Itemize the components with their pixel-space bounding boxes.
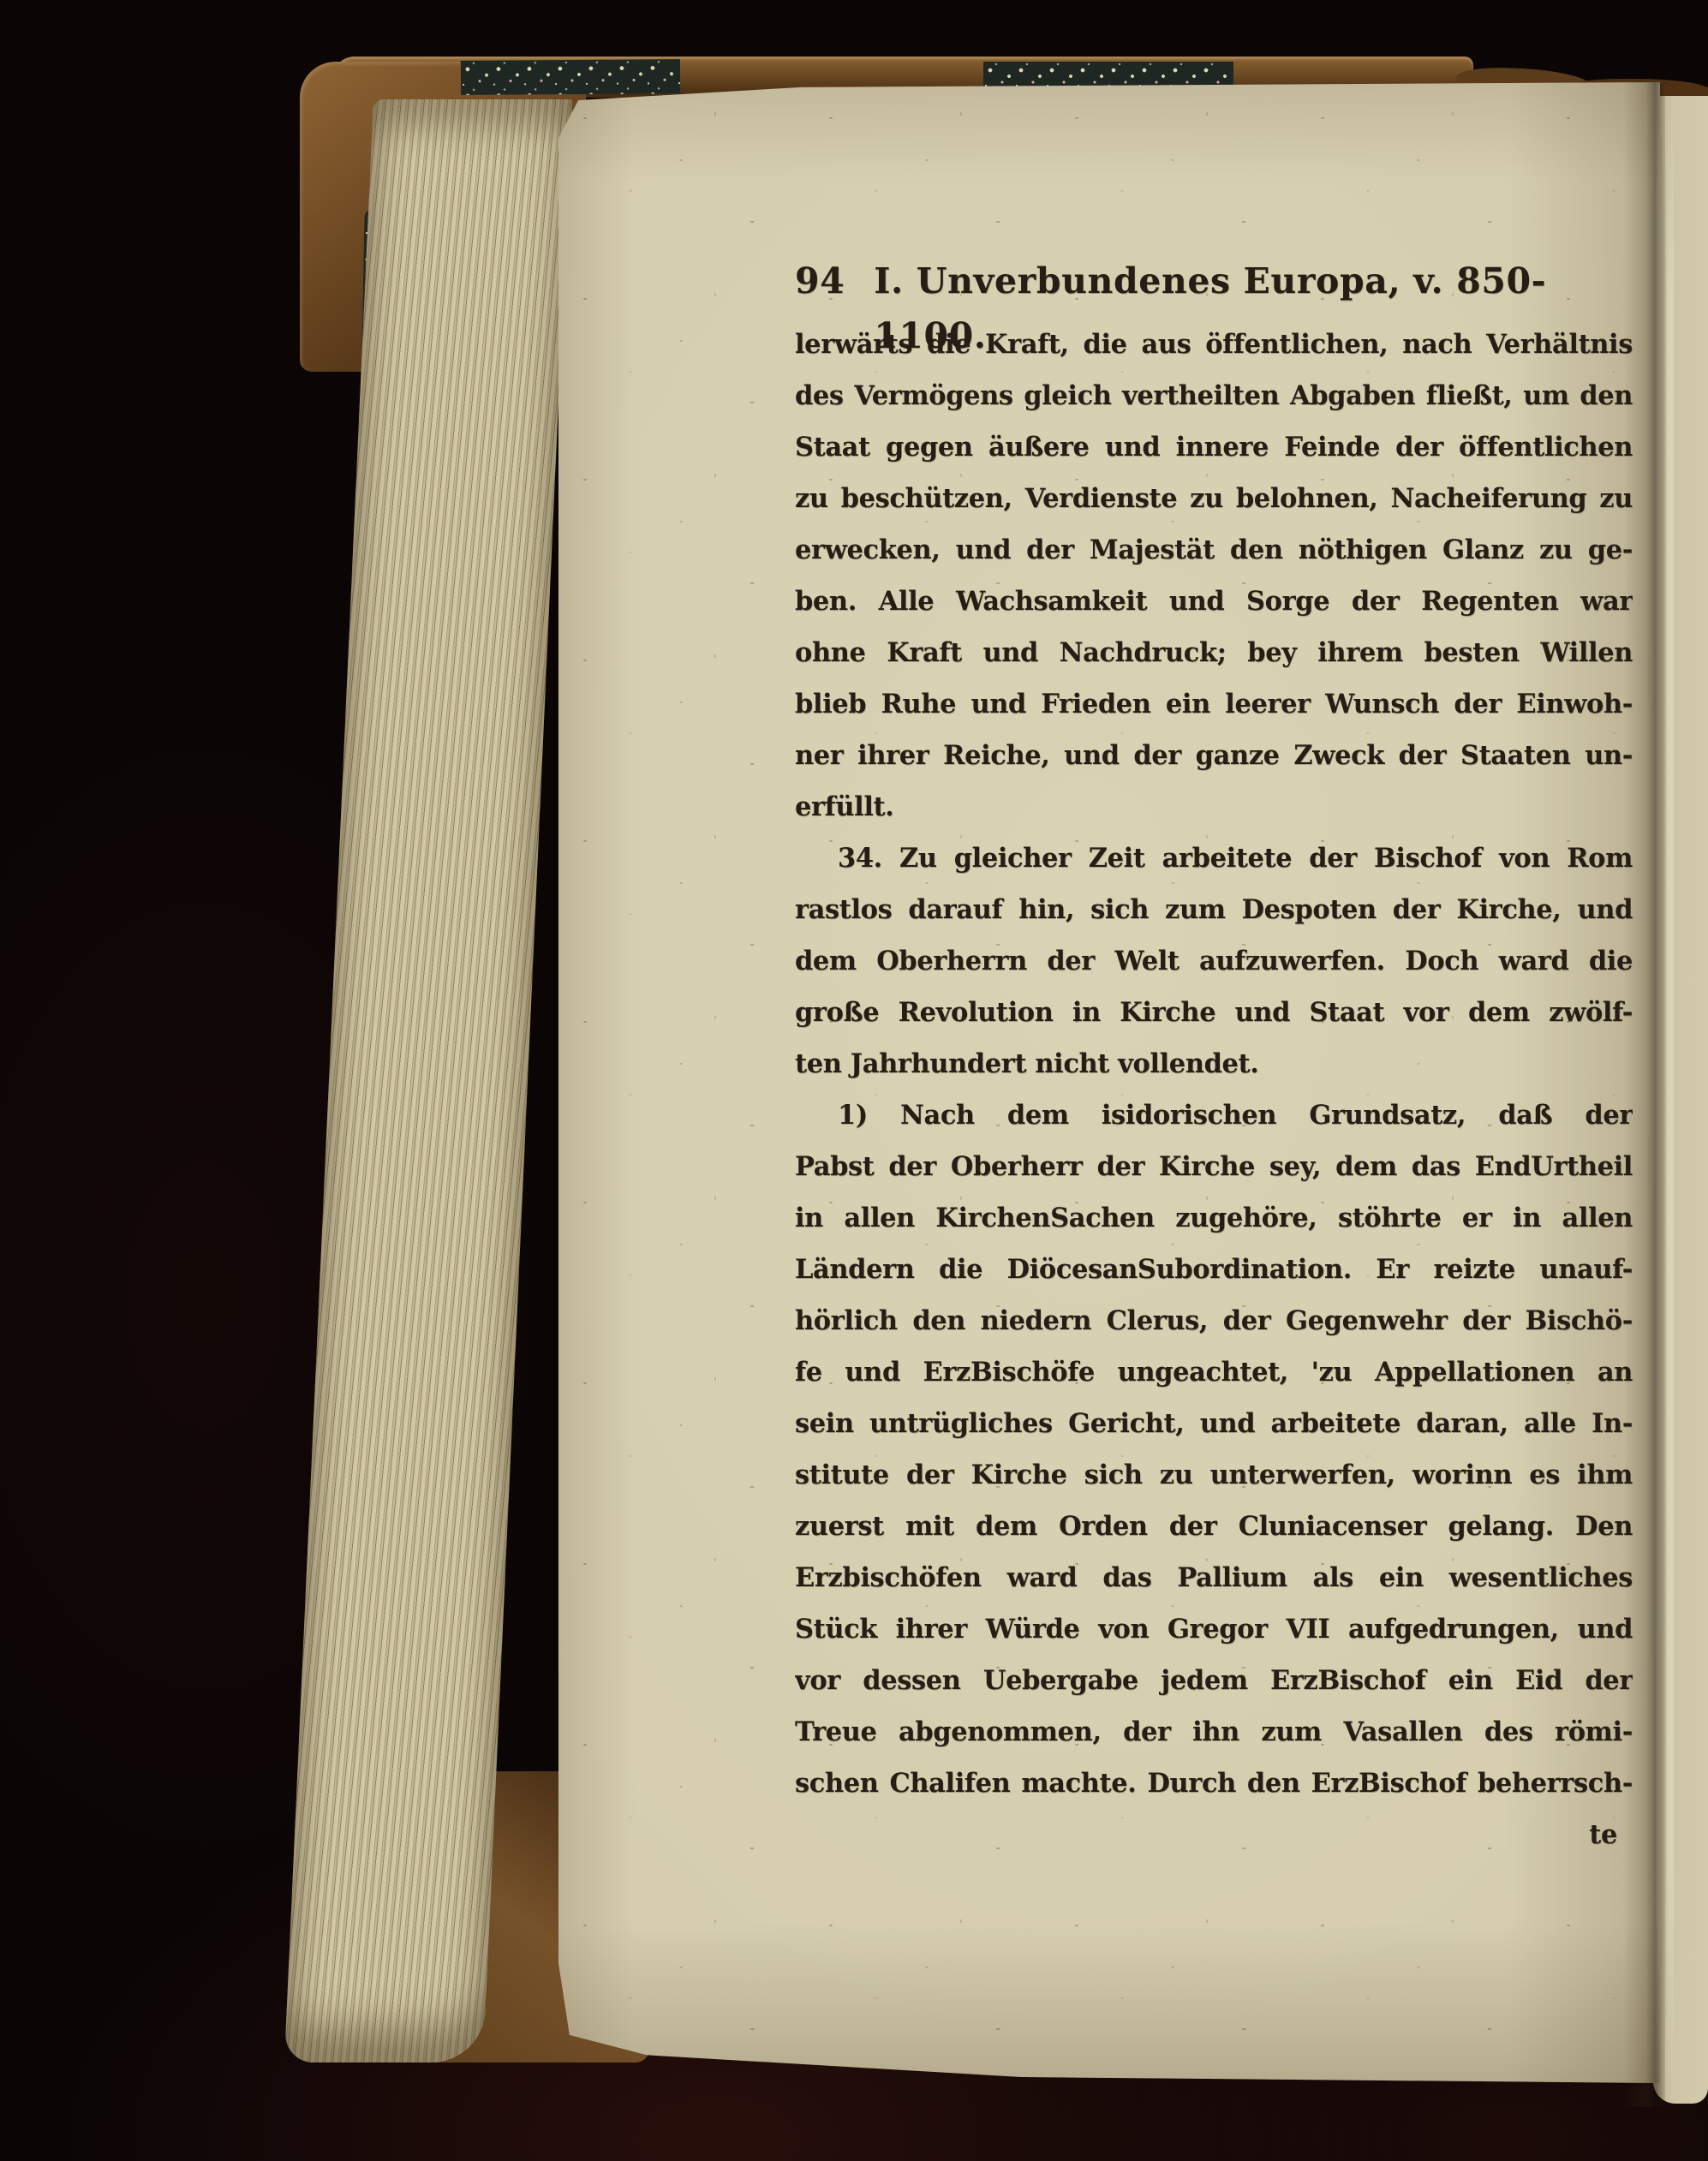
- text-line: zuerst mit dem Orden der Cluniacenser ge…: [795, 1501, 1633, 1552]
- text-line: große Revolution in Kirche und Staat vor…: [795, 987, 1633, 1038]
- marbled-cover-strip-top: [461, 59, 680, 95]
- catchword: te: [795, 1809, 1633, 1860]
- text-line: fe und ErzBischöfe ungeachtet, 'zu Appel…: [795, 1346, 1633, 1398]
- text-line: hörlich den niedern Clerus, der Gegenweh…: [795, 1295, 1633, 1346]
- text-line: stitute der Kirche sich zu unterwerfen, …: [795, 1449, 1633, 1501]
- text-line-paragraph-start: 34. Zu gleicher Zeit arbeitete der Bisch…: [795, 833, 1633, 884]
- page-number: 94: [795, 254, 845, 308]
- text-line: ohne Kraft und Nachdruck; bey ihrem best…: [795, 627, 1633, 678]
- text-line: dem Oberherrn der Welt aufzuwerfen. Doch…: [795, 935, 1633, 987]
- running-header: 94 I. Unverbundenes Europa, v. 850-1100.: [795, 254, 1633, 319]
- text-line: erfüllt.: [795, 781, 1633, 833]
- text-line: in allen KirchenSachen zugehöre, stöhrte…: [795, 1192, 1633, 1244]
- text-line: sein untrügliches Gericht, und arbeitete…: [795, 1398, 1633, 1449]
- text-line: blieb Ruhe und Frieden ein leerer Wunsch…: [795, 678, 1633, 730]
- text-line: Treue abgenommen, der ihn zum Vasallen d…: [795, 1706, 1633, 1758]
- text-line: ner ihrer Reiche, und der ganze Zweck de…: [795, 730, 1633, 781]
- gutter-highlight: [1667, 111, 1674, 2081]
- text-line: erwecken, und der Majestät den nöthigen …: [795, 524, 1633, 576]
- book-scan-photo: 94 I. Unverbundenes Europa, v. 850-1100.…: [0, 0, 1708, 2161]
- text-line: Stück ihrer Würde von Gregor VII aufgedr…: [795, 1603, 1633, 1655]
- text-line-paragraph-start: 1) Nach dem isidorischen Grundsatz, daß …: [795, 1089, 1633, 1141]
- text-line: Staat gegen äußere und innere Feinde der…: [795, 421, 1633, 473]
- text-line: ben. Alle Wachsamkeit und Sorge der Rege…: [795, 576, 1633, 627]
- text-line: lerwärts die Kraft, die aus öffentlichen…: [795, 319, 1633, 370]
- body-text-block: lerwärts die Kraft, die aus öffentlichen…: [795, 319, 1633, 1860]
- text-line: Erzbischöfen ward das Pallium als ein we…: [795, 1552, 1633, 1603]
- text-line: vor dessen Uebergabe jedem ErzBischof ei…: [795, 1655, 1633, 1706]
- text-line: schen Chalifen machte. Durch den ErzBisc…: [795, 1758, 1633, 1809]
- text-line: des Vermögens gleich vertheilten Abgaben…: [795, 370, 1633, 421]
- text-line: rastlos darauf hin, sich zum Despoten de…: [795, 884, 1633, 935]
- text-line: zu beschützen, Verdienste zu belohnen, N…: [795, 473, 1633, 524]
- text-line: Ländern die DiöcesanSubordination. Er re…: [795, 1244, 1633, 1295]
- printed-text: 94 I. Unverbundenes Europa, v. 850-1100.…: [795, 254, 1633, 1860]
- text-line: Pabst der Oberherr der Kirche sey, dem d…: [795, 1141, 1633, 1192]
- text-line: ten Jahrhundert nicht vollendet.: [795, 1038, 1633, 1089]
